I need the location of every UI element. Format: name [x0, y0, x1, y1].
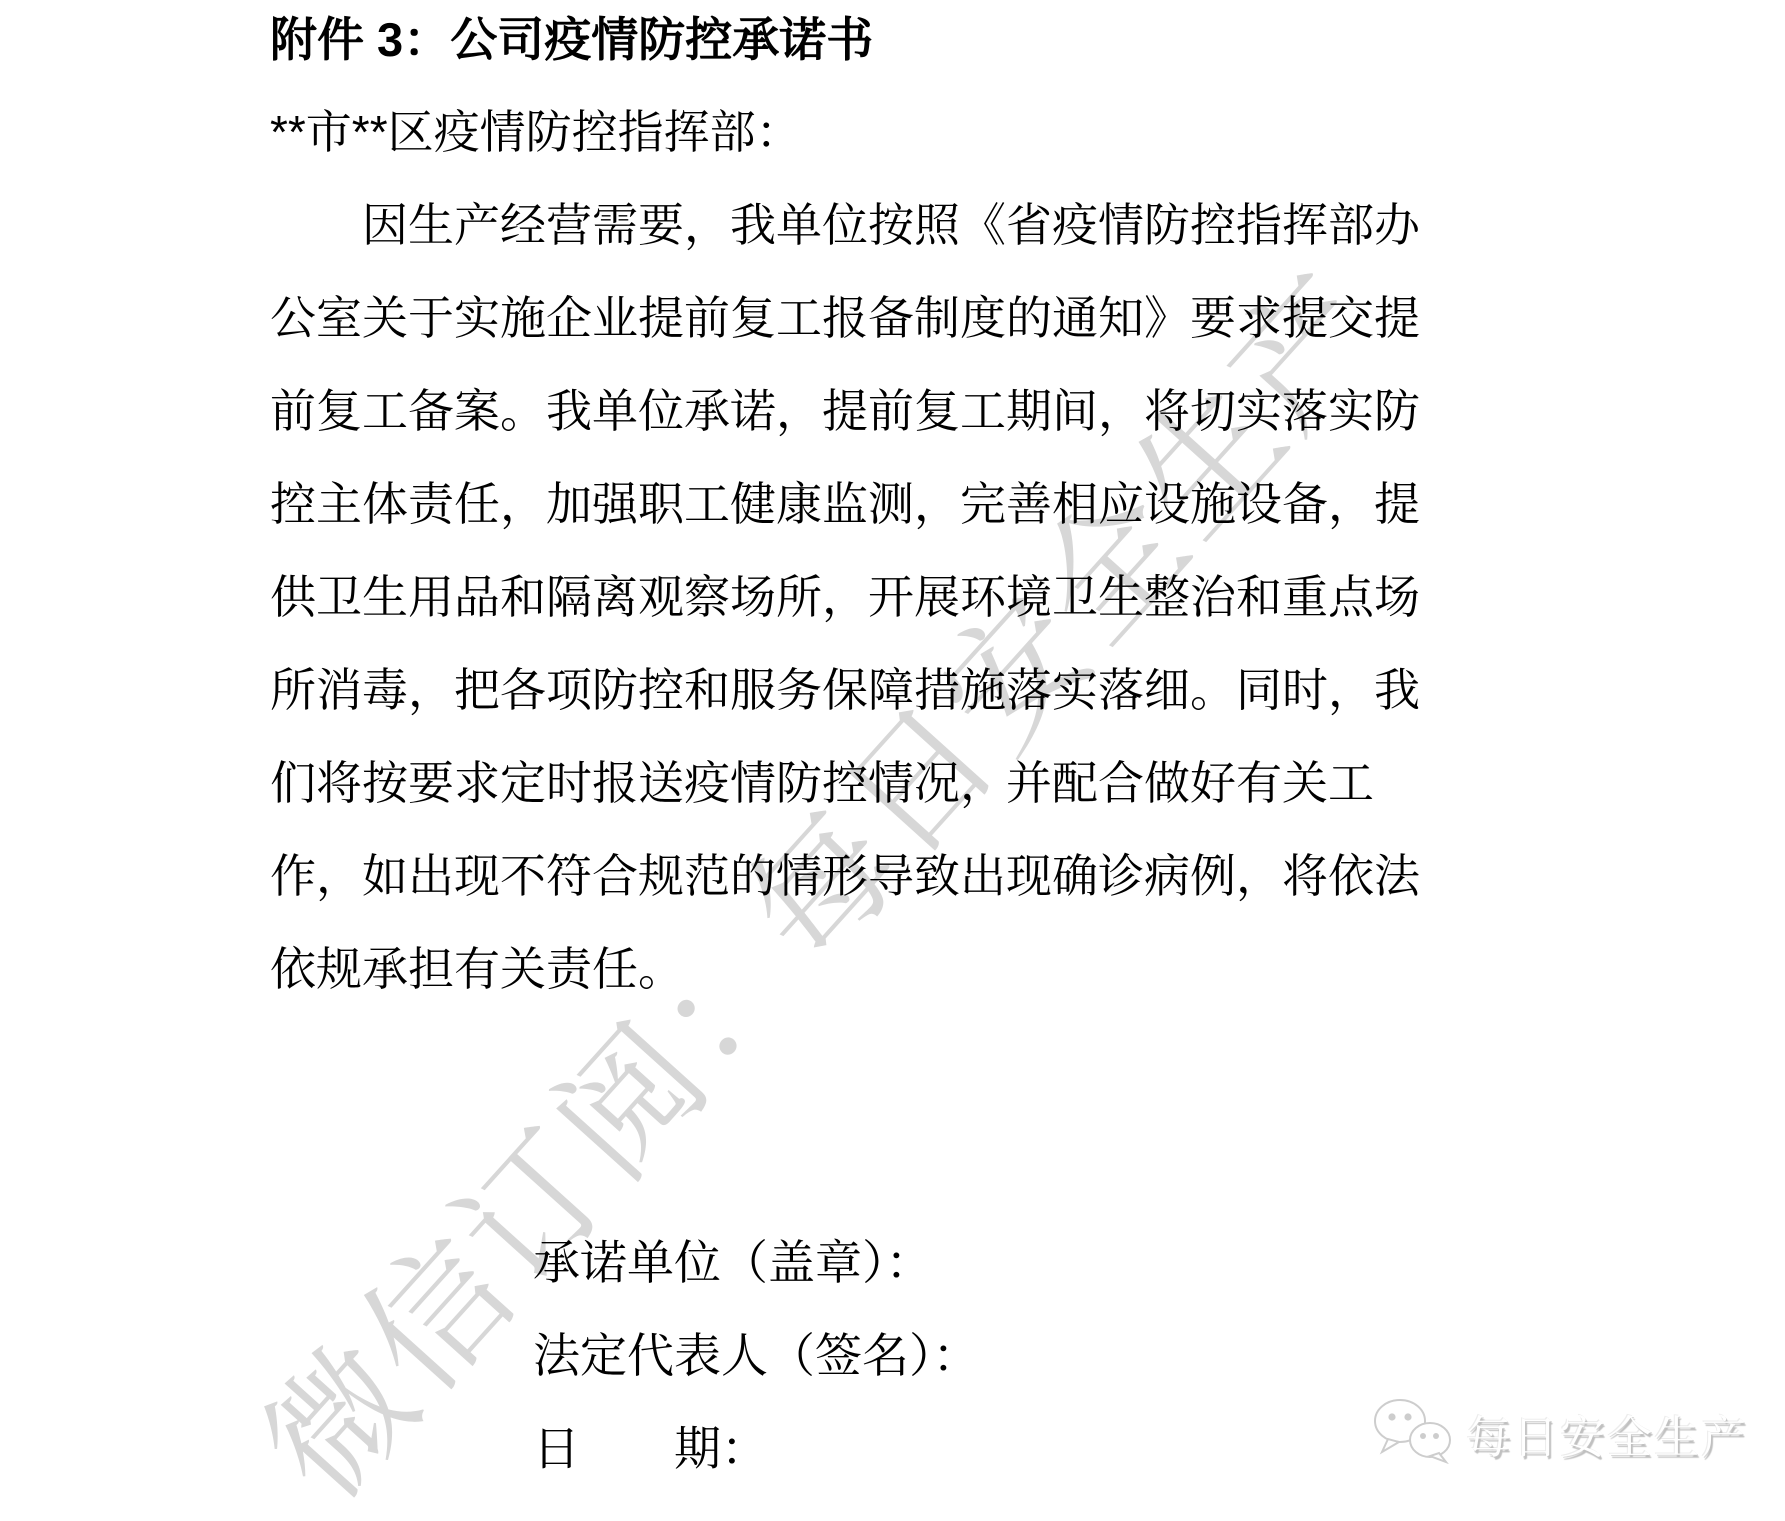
wechat-icon — [1372, 1398, 1454, 1469]
footer-logo: 每日安全生产 — [1372, 1398, 1748, 1469]
signature-line: 日 期： — [533, 1402, 980, 1495]
body-line: 所消毒，把各项防控和服务保障措施落实落细。同时，我 — [270, 644, 1450, 737]
body-line: 前复工备案。我单位承诺，提前复工期间，将切实落实防 — [270, 365, 1450, 458]
body-paragraph: 因生产经营需要，我单位按照《省疫情防控指挥部办公室关于实施企业提前复工报备制度的… — [270, 179, 1450, 1016]
body-line: 依规承担有关责任。 — [270, 923, 1450, 1016]
document-page: 微信订阅：每日安全生产 附件 3：公司疫情防控承诺书 **市**区疫情防控指挥部… — [0, 0, 1785, 1521]
body-line: 公室关于实施企业提前复工报备制度的通知》要求提交提 — [270, 272, 1450, 365]
document-title: 附件 3：公司疫情防控承诺书 — [270, 0, 1450, 86]
signature-line: 承诺单位（盖章）： — [533, 1216, 980, 1309]
signature-block: 承诺单位（盖章）：法定代表人（签名）：日 期： — [533, 1216, 980, 1495]
body-line: 因生产经营需要，我单位按照《省疫情防控指挥部办 — [270, 179, 1450, 272]
body-line: 们将按要求定时报送疫情防控情况，并配合做好有关工 — [270, 737, 1450, 830]
body-line: 作，如出现不符合规范的情形导致出现确诊病例，将依法 — [270, 830, 1450, 923]
body-line: 供卫生用品和隔离观察场所，开展环境卫生整治和重点场 — [270, 551, 1450, 644]
footer-logo-text: 每日安全生产 — [1466, 1401, 1748, 1466]
body-line: 控主体责任，加强职工健康监测，完善相应设施设备，提 — [270, 458, 1450, 551]
salutation-line: **市**区疫情防控指挥部： — [270, 86, 1450, 179]
signature-line: 法定代表人（签名）： — [533, 1309, 980, 1402]
document-content: 附件 3：公司疫情防控承诺书 **市**区疫情防控指挥部： 因生产经营需要，我单… — [270, 0, 1450, 1016]
